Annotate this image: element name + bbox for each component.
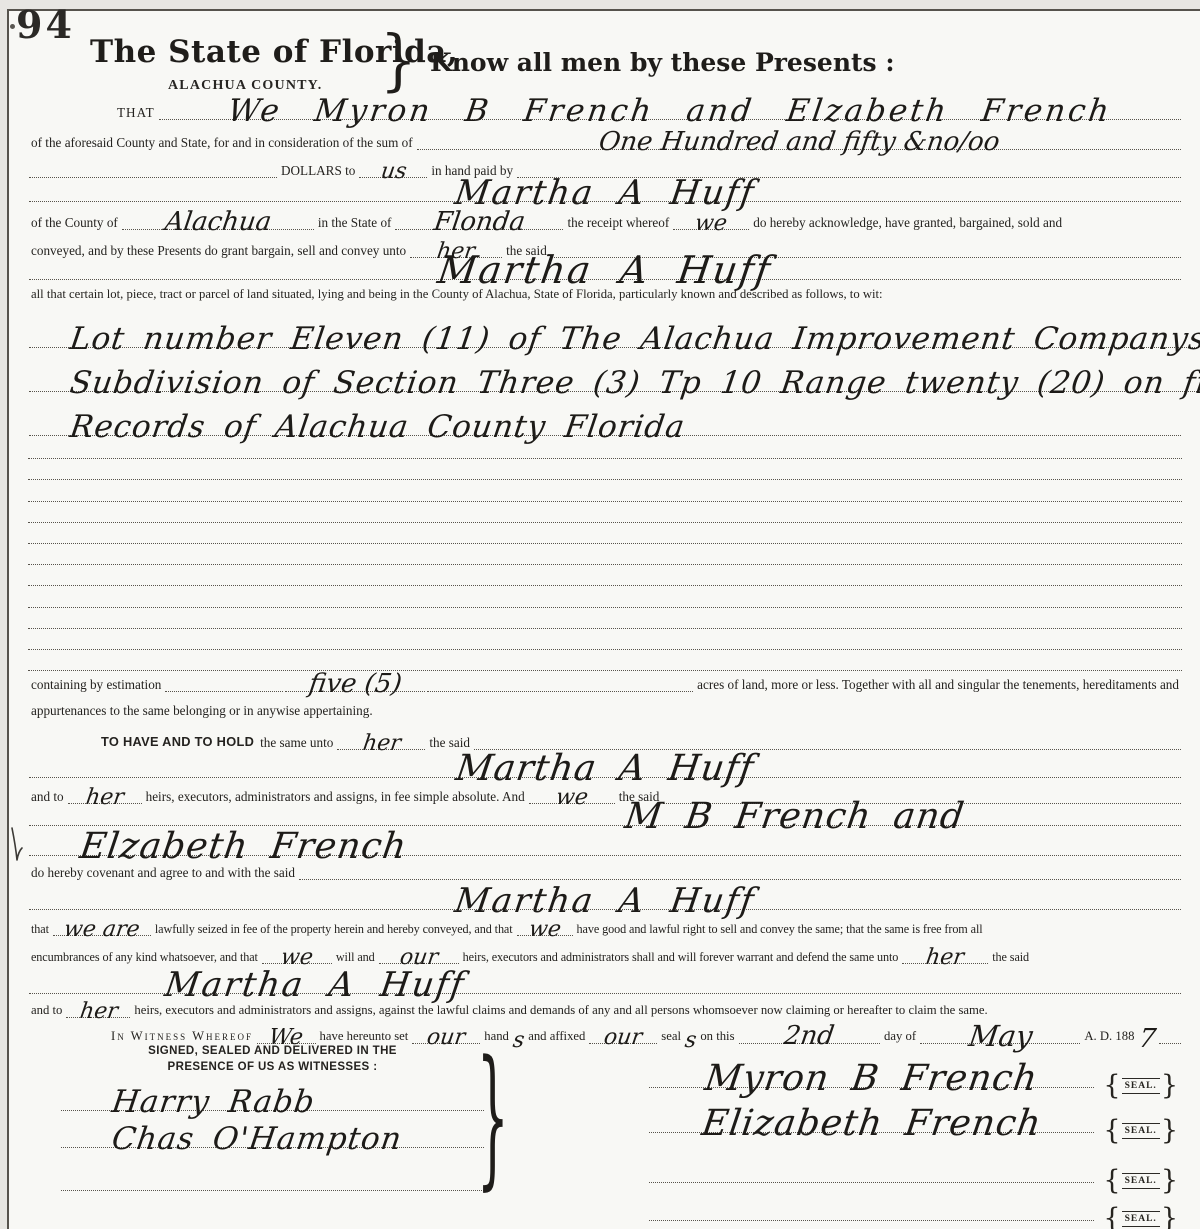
we-handwriting: we bbox=[274, 953, 319, 963]
dotted-fill-line bbox=[649, 1220, 1094, 1221]
receipt-label: the receipt whereof bbox=[564, 215, 672, 232]
blank-signature-row: { SEAL. } bbox=[648, 1185, 1178, 1223]
ruled-line bbox=[28, 608, 1182, 629]
ruled-line bbox=[28, 565, 1182, 586]
ruled-line bbox=[28, 544, 1182, 565]
grantee-name-line: Martha A Huff bbox=[28, 880, 1182, 912]
seal-brace-right: } bbox=[1161, 1167, 1178, 1194]
her-handwriting: her bbox=[73, 1007, 124, 1017]
seal-brace-left: { bbox=[1103, 1205, 1120, 1229]
consideration-line: of the aforesaid County and State, for a… bbox=[28, 124, 1182, 152]
our-handwriting: our bbox=[393, 953, 444, 963]
witness-heading: PRESENCE OF US AS WITNESSES : bbox=[60, 1060, 485, 1076]
ruled-line bbox=[28, 438, 1182, 459]
dotted-fill-line bbox=[165, 691, 283, 692]
affixed-label: and affixed bbox=[525, 1029, 588, 1046]
seal-mark: { SEAL. } bbox=[1103, 1205, 1178, 1229]
warranty-line: encumbrances of any kind whatsoever, and… bbox=[28, 940, 1182, 966]
county-heading: ALACHUA COUNTY. bbox=[168, 78, 322, 94]
amount-handwriting: One Hundred and fifty &no/oo bbox=[592, 137, 1006, 149]
we-handwriting: we bbox=[689, 219, 734, 229]
dotted-fill-line bbox=[427, 691, 693, 692]
state-of-label: in the State of bbox=[315, 215, 395, 232]
know-all-men-heading: Know all men by these Presents : bbox=[430, 48, 895, 77]
ad-label: A. D. 188 bbox=[1081, 1029, 1137, 1046]
grantee-handwriting: Martha A Huff bbox=[158, 978, 472, 993]
we-are-handwriting: we are bbox=[57, 925, 146, 935]
deed-document-page: 94 The State of Florida, } Know all men … bbox=[0, 0, 1200, 1229]
covenant-line: do hereby covenant and agree to and with… bbox=[28, 860, 1182, 882]
description-handwriting: Records of Alachua County Florida bbox=[63, 421, 692, 435]
grantors-handwriting: We Myron B French and Elzabeth French bbox=[221, 105, 1118, 119]
grantee-handwriting: Martha A Huff bbox=[449, 761, 761, 777]
seal-label: SEAL. bbox=[1122, 1173, 1160, 1189]
seal-label: SEAL. bbox=[1122, 1123, 1160, 1139]
county-handwriting: Alachua bbox=[158, 217, 278, 229]
header-brace: } bbox=[380, 26, 417, 93]
witness-signature-row: Harry Rabb bbox=[60, 1075, 485, 1113]
seal-label: SEAL. bbox=[1122, 1211, 1160, 1227]
on-this-label: on this bbox=[697, 1029, 737, 1046]
year-handwriting: 7 bbox=[1137, 1034, 1159, 1046]
ruled-line bbox=[28, 502, 1182, 523]
witness-signature: Harry Rabb bbox=[105, 1096, 322, 1110]
right-label: have good and lawful right to sell and c… bbox=[574, 922, 986, 938]
grantee-name-line: Martha A Huff bbox=[28, 172, 1182, 204]
acreage-line: containing by estimation five (5) acres … bbox=[28, 668, 1182, 694]
description-line: Lot number Eleven (11) of The Alachua Im… bbox=[28, 306, 1182, 350]
seal-brace-right: } bbox=[1161, 1205, 1178, 1229]
state-handwriting: Flonda bbox=[427, 217, 532, 229]
page-number: 94 bbox=[16, 2, 75, 47]
grantee-handwriting: Martha A Huff bbox=[448, 894, 762, 909]
ruled-line bbox=[28, 586, 1182, 607]
grantor-handwriting: Elzabeth French bbox=[73, 839, 414, 855]
s-handwriting: s bbox=[683, 1036, 698, 1046]
ruled-line bbox=[28, 459, 1182, 480]
seal-mark: { SEAL. } bbox=[1103, 1117, 1178, 1144]
county-state-line: of the County of Alachua in the State of… bbox=[28, 206, 1182, 232]
margin-check-icon bbox=[8, 826, 26, 864]
consideration-label: of the aforesaid County and State, for a… bbox=[28, 135, 416, 152]
witness-heading: SIGNED, SEALED AND DELIVERED IN THE bbox=[60, 1044, 485, 1060]
month-handwriting: May bbox=[962, 1030, 1039, 1043]
acreage-handwriting: five (5) bbox=[302, 679, 408, 691]
that-label: that bbox=[28, 922, 52, 938]
grantor-signature: Elizabeth French bbox=[695, 1116, 1048, 1132]
that-label: THAT bbox=[114, 105, 158, 122]
ruled-line bbox=[28, 480, 1182, 501]
dotted-fill-line bbox=[61, 1190, 484, 1191]
our-handwriting: our bbox=[598, 1033, 649, 1043]
grantee-handwriting: Martha A Huff bbox=[431, 262, 779, 279]
witness-brace: } bbox=[477, 1044, 509, 1195]
description-handwriting: Subdivision of Section Three (3) Tp 10 R… bbox=[63, 377, 1200, 391]
containing-label: containing by estimation bbox=[28, 677, 164, 694]
ink-dot bbox=[10, 24, 15, 29]
claims-line: and to her heirs, executors and administ… bbox=[28, 996, 1182, 1020]
description-line: Subdivision of Section Three (3) Tp 10 R… bbox=[28, 350, 1182, 394]
signature-row: Myron B French { SEAL. } bbox=[648, 1048, 1178, 1090]
we-handwriting: We bbox=[263, 1033, 310, 1043]
premises-label: all that certain lot, piece, tract or pa… bbox=[28, 287, 886, 304]
premises-line: all that certain lot, piece, tract or pa… bbox=[28, 284, 1182, 304]
acknowledge-label: do hereby acknowledge, have granted, bar… bbox=[750, 215, 1065, 232]
description-line: Records of Alachua County Florida bbox=[28, 394, 1182, 438]
seal-word-label: seal bbox=[658, 1029, 684, 1046]
s-handwriting: s bbox=[511, 1036, 526, 1046]
grantor-line: THAT We Myron B French and Elzabeth Fren… bbox=[28, 94, 1182, 122]
witness-column: SIGNED, SEALED AND DELIVERED IN THE PRES… bbox=[60, 1044, 485, 1193]
her-handwriting: her bbox=[920, 953, 971, 963]
appurtenances-label: appurtenances to the same belonging or i… bbox=[28, 703, 376, 720]
county-of-label: of the County of bbox=[28, 215, 121, 232]
seal-label: SEAL. bbox=[1122, 1078, 1160, 1094]
grantee-name-line: Martha A Huff bbox=[28, 248, 1182, 282]
seal-brace-left: { bbox=[1103, 1072, 1120, 1099]
seal-brace-left: { bbox=[1103, 1167, 1120, 1194]
seizin-line: that we are lawfully seized in fee of th… bbox=[28, 912, 1182, 938]
grantee-name-line: Martha A Huff bbox=[28, 964, 1182, 996]
witness-signature: Chas O'Hampton bbox=[105, 1133, 409, 1147]
signature-column: Myron B French { SEAL. } Elizabeth Frenc… bbox=[648, 1048, 1178, 1223]
seal-mark: { SEAL. } bbox=[1103, 1167, 1178, 1194]
blank-ruled-lines bbox=[28, 438, 1182, 671]
seized-label: lawfully seized in fee of the property h… bbox=[152, 922, 516, 938]
grantee-name-line: Martha A Huff bbox=[28, 748, 1182, 780]
grantor-signature-line: M B French and bbox=[28, 798, 1182, 828]
grantor-handwriting: M B French and bbox=[618, 809, 972, 825]
day-of-label: day of bbox=[881, 1029, 919, 1046]
description-handwriting: Lot number Eleven (11) of The Alachua Im… bbox=[63, 333, 1200, 347]
seal-brace-right: } bbox=[1161, 1072, 1178, 1099]
we-handwriting: we bbox=[522, 925, 567, 935]
day-handwriting: 2nd bbox=[777, 1031, 841, 1043]
seal-mark: { SEAL. } bbox=[1103, 1072, 1178, 1099]
grantee-handwriting: Martha A Huff bbox=[448, 186, 762, 201]
seal-brace-right: } bbox=[1161, 1117, 1178, 1144]
dotted-fill-line bbox=[649, 1182, 1094, 1183]
our-handwriting: our bbox=[421, 1033, 472, 1043]
acres-label: acres of land, more or less. Together wi… bbox=[694, 677, 1182, 694]
grantor-signature: Myron B French bbox=[698, 1071, 1045, 1087]
appurtenances-line: appurtenances to the same belonging or i… bbox=[28, 698, 1182, 720]
dotted-fill-line bbox=[1159, 1043, 1181, 1044]
testimonium-line: In Witness Whereof We have hereunto set … bbox=[28, 1018, 1182, 1046]
ruled-line bbox=[28, 629, 1182, 650]
ruled-line bbox=[28, 523, 1182, 544]
seal-brace-left: { bbox=[1103, 1117, 1120, 1144]
grantor-signature-line: Elzabeth French bbox=[28, 826, 1182, 858]
